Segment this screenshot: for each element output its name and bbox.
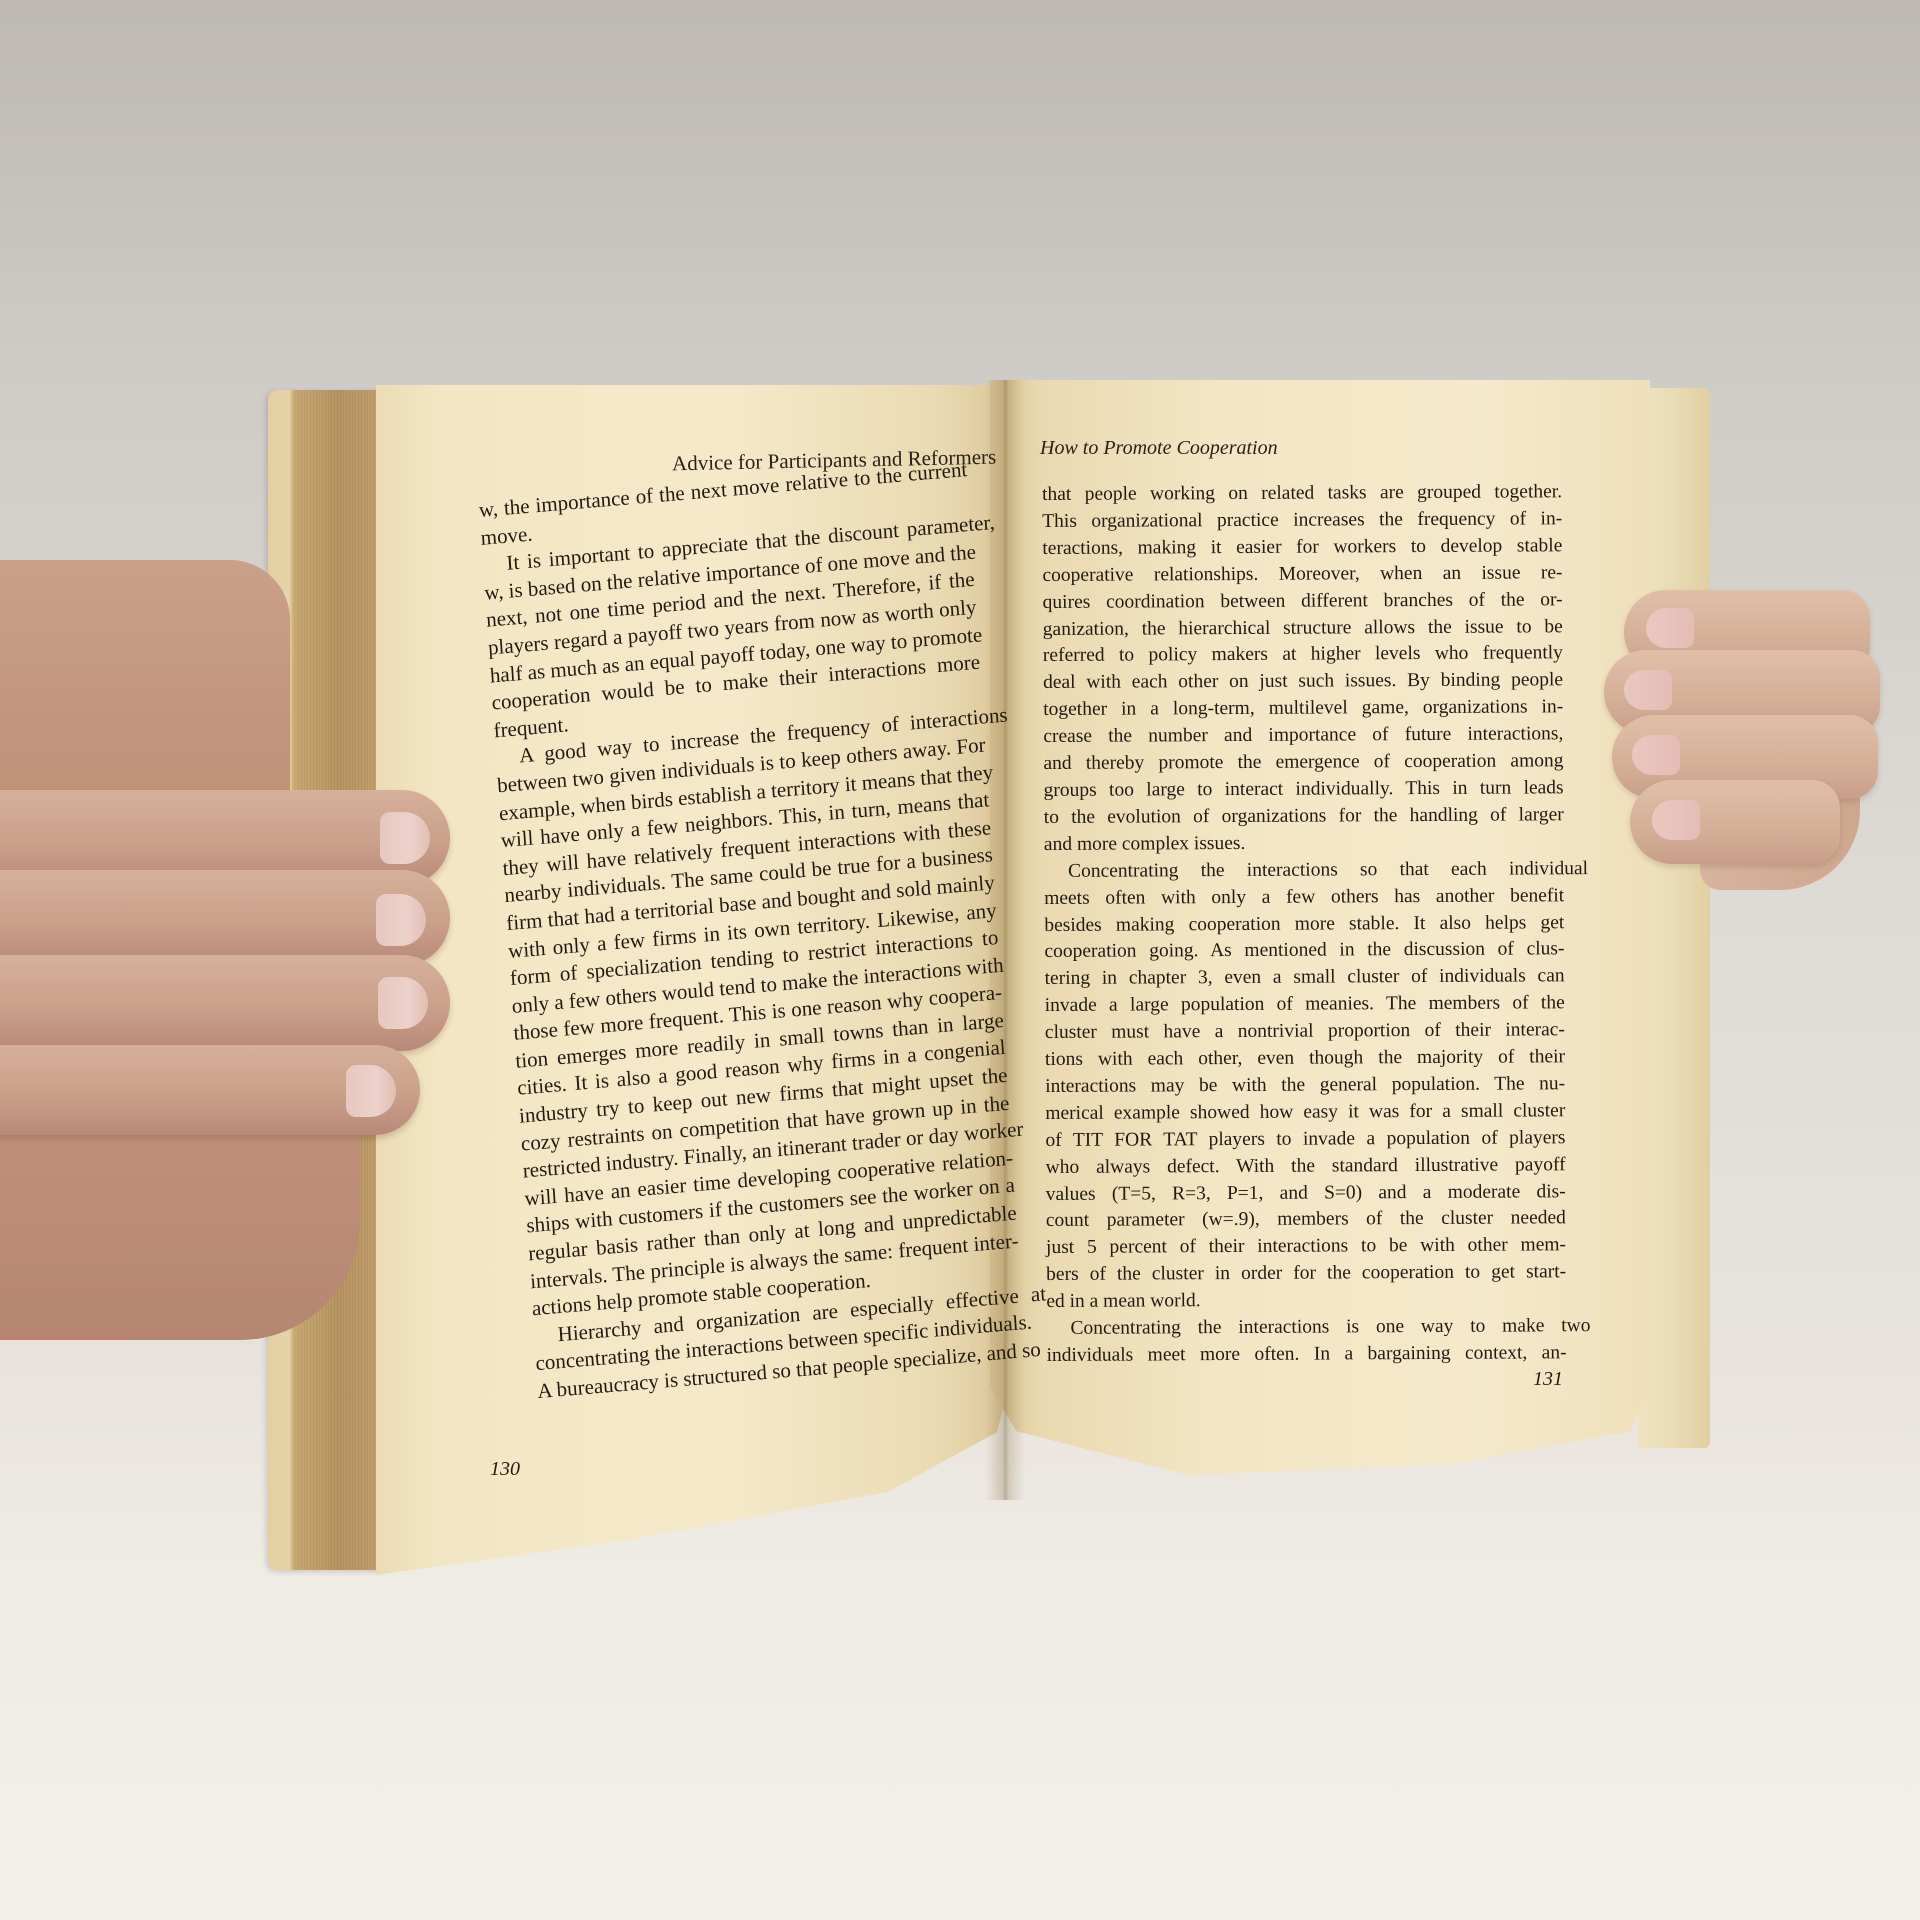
photo-scene: Advice for Participants and Reformers Ho… [0, 0, 1920, 1920]
fingernail [376, 894, 426, 946]
left-hand-palm [0, 1120, 360, 1340]
text-line: and thereby promote the emergence of coo… [1043, 748, 1563, 778]
fingernail [1646, 608, 1694, 648]
text-line: who always defect. With the standard ill… [1046, 1152, 1566, 1182]
text-line: and more complex issues. [1044, 829, 1564, 859]
text-line: referred to policy makers at higher leve… [1043, 641, 1563, 671]
text-line: groups too large to interact individuall… [1044, 775, 1564, 805]
text-line: to the evolution of organizations for th… [1044, 802, 1564, 832]
right-finger-4 [1630, 780, 1840, 864]
text-line: This organizational practice increases t… [1042, 506, 1562, 536]
fingernail [346, 1065, 396, 1117]
text-line: invade a large population of meanies. Th… [1045, 990, 1565, 1020]
text-line: cooperation going. As mentioned in the d… [1044, 937, 1564, 967]
text-line: interactions may be with the general pop… [1045, 1071, 1565, 1101]
left-finger-2 [0, 870, 450, 966]
text-line: that people working on related tasks are… [1042, 479, 1562, 509]
text-line: ganization, the hierarchical structure a… [1043, 614, 1563, 644]
page-number-right: 131 [1533, 1368, 1563, 1391]
text-line: besides making cooperation more stable. … [1044, 910, 1564, 940]
page-number-left: 130 [490, 1458, 520, 1481]
text-line: just 5 percent of their interactions to … [1046, 1233, 1566, 1263]
text-line: bers of the cluster in order for the coo… [1046, 1260, 1566, 1290]
fingernail [380, 812, 430, 864]
text-line: merical example showed how easy it was f… [1045, 1098, 1565, 1128]
text-line: teractions, making it easier for workers… [1042, 533, 1562, 563]
text-line: Concentrating the interactions is one wa… [1046, 1313, 1590, 1343]
text-line: Concentrating the interactions so that e… [1044, 856, 1588, 886]
text-line: individuals meet more often. In a bargai… [1047, 1340, 1567, 1370]
text-line: cluster must have a nontrivial proportio… [1045, 1017, 1565, 1047]
fingernail [1652, 800, 1700, 840]
text-line: together in a long-term, multilevel game… [1043, 695, 1563, 725]
text-line: tions with each other, even though the m… [1045, 1044, 1565, 1074]
left-page-text: w, the importance of the next move relat… [478, 456, 1027, 1406]
left-finger-3 [0, 955, 450, 1051]
right-running-head: How to Promote Cooperation [1040, 437, 1278, 460]
text-line: deal with each other on just such issues… [1043, 668, 1563, 698]
text-line: count parameter (w=.9), members of the c… [1046, 1206, 1566, 1236]
fingernail [378, 977, 428, 1029]
fingernail [1632, 735, 1680, 775]
text-line: tering in chapter 3, even a small cluste… [1045, 964, 1565, 994]
text-line: crease the number and importance of futu… [1043, 721, 1563, 751]
right-page-text: that people working on related tasks are… [1042, 479, 1567, 1370]
text-line: quires coordination between different br… [1043, 587, 1563, 617]
text-line: ed in a mean world. [1046, 1286, 1566, 1316]
text-line: of TIT FOR TAT players to invade a popul… [1045, 1125, 1565, 1155]
text-line: meets often with only a few others has a… [1044, 883, 1564, 913]
text-line: cooperative relationships. Moreover, whe… [1042, 560, 1562, 590]
text-line: values (T=5, R=3, P=1, and S=0) and a mo… [1046, 1179, 1566, 1209]
left-finger-4 [0, 1045, 420, 1135]
fingernail [1624, 670, 1672, 710]
